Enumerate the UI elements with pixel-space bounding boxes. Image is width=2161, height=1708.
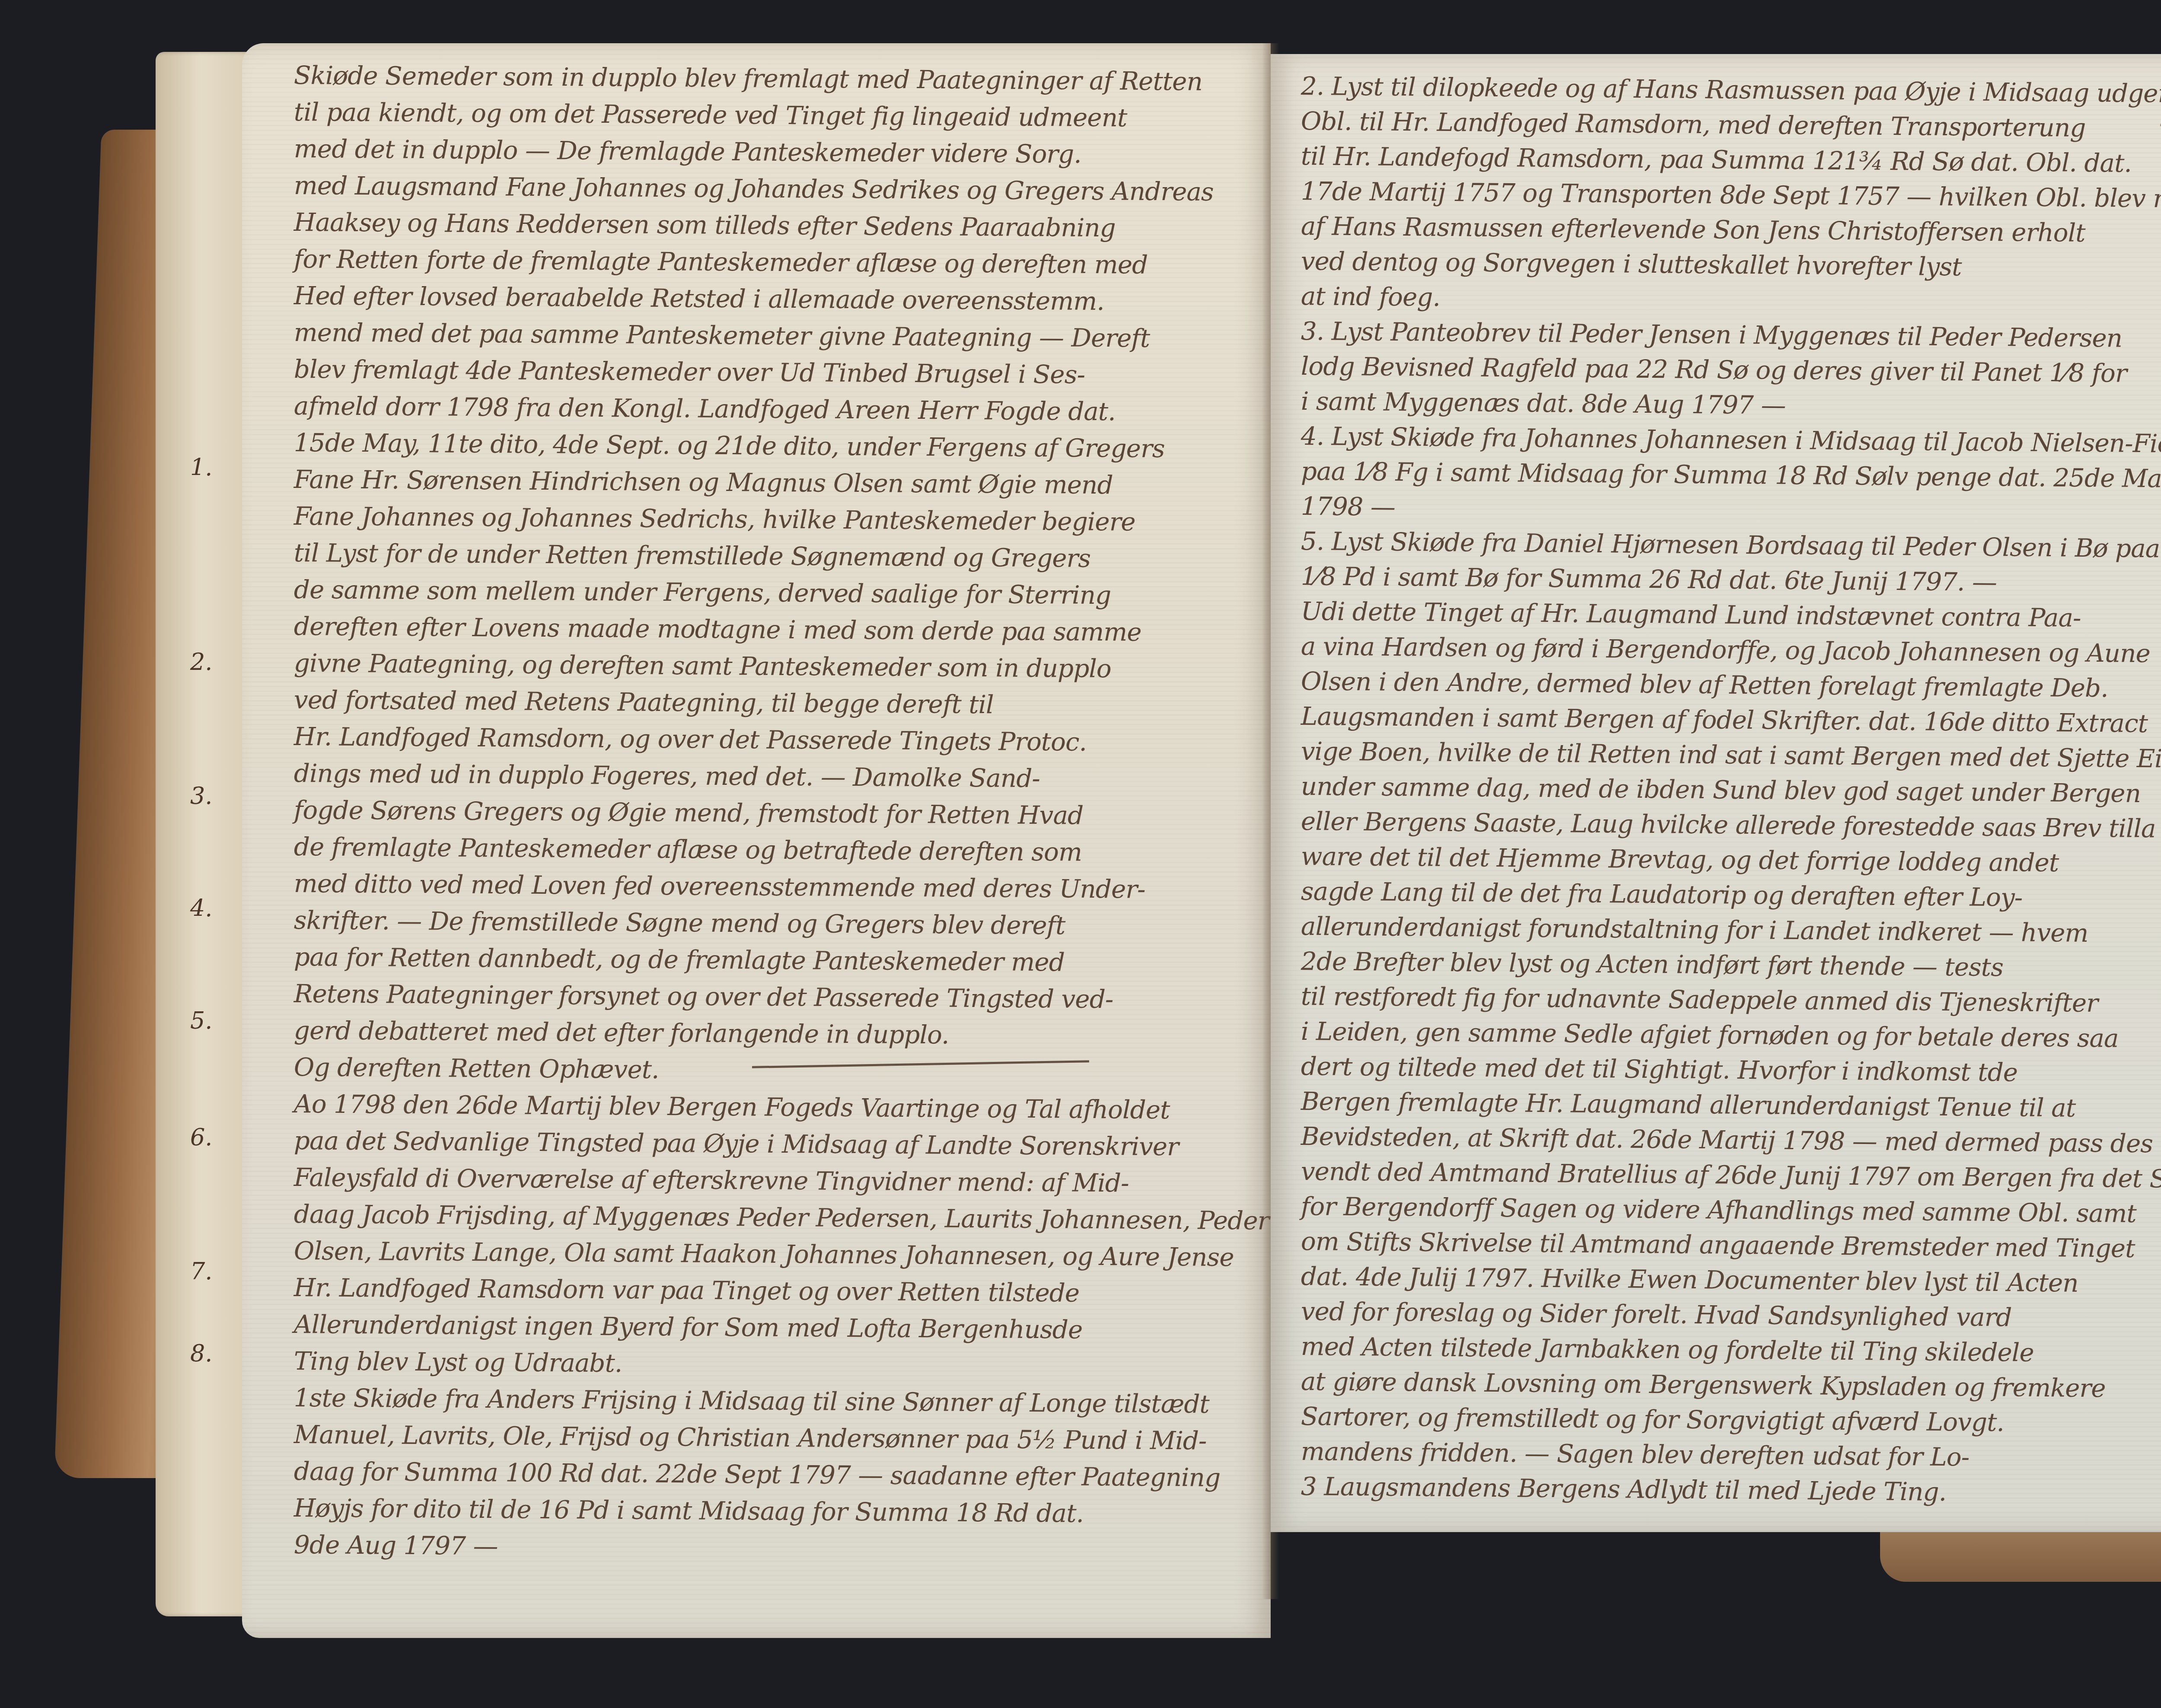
handwritten-line: 2. Lyst til dilopkeede og af Hans Rasmus… <box>1301 71 2161 108</box>
margin-number: 5. <box>190 1007 213 1034</box>
handwritten-line: blev fremlagt 4de Panteskemeder over Ud … <box>294 354 1236 390</box>
handwritten-line: at giøre dansk Lovsning om Bergenswerk K… <box>1301 1367 2161 1404</box>
margin-number: 1. <box>190 454 213 481</box>
handwritten-line: Hr. Landfoged Ramsdorn, og over det Pass… <box>294 722 1236 758</box>
handwritten-line: 4. Lyst Skiøde fra Johannes Johannesen i… <box>1301 421 2161 459</box>
handwritten-line: i samt Myggenæs dat. 8de Aug 1797 — <box>1301 386 2161 424</box>
handwritten-line: Laugsmanden i samt Bergen af fodel Skrif… <box>1301 701 2161 739</box>
left-page: Skiøde Semeder som in dupplo blev fremla… <box>242 43 1271 1638</box>
handwritten-line: ware det til det Hjemme Brevtag, og det … <box>1301 841 2161 879</box>
handwritten-line: Faleysfald di Overværelse af efterskrevn… <box>294 1163 1236 1198</box>
handwritten-line: a vina Hardsen og førd i Bergendorffe, o… <box>1301 631 2161 669</box>
handwritten-line: allerunderdanigst forundstaltning for i … <box>1301 911 2161 949</box>
handwritten-line: til restforedt fig for udnavnte Sadeppel… <box>1301 981 2161 1019</box>
margin-number: 4. <box>190 895 213 922</box>
handwritten-line: eller Bergens Saaste, Laug hvilcke aller… <box>1301 806 2161 844</box>
handwritten-line: Skiøde Semeder som in dupplo blev fremla… <box>294 61 1236 96</box>
handwritten-line: skrifter. — De fremstillede Søgne mend o… <box>294 905 1236 941</box>
handwritten-line: 1⁄8 Pd i samt Bø for Summa 26 Rd dat. 6t… <box>1301 561 2161 599</box>
handwritten-line: paa det Sedvanlige Tingsted paa Øyje i M… <box>294 1126 1236 1162</box>
handwritten-line: mandens fridden. — Sagen blev dereften u… <box>1301 1437 2161 1474</box>
handwritten-line: Olsen i den Andre, dermed blev af Retten… <box>1301 666 2161 704</box>
handwritten-line: 17de Martij 1757 og Transporten 8de Sept… <box>1301 176 2161 213</box>
handwritten-line: Udi dette Tinget af Hr. Laugmand Lund in… <box>1301 596 2161 634</box>
handwritten-line: Haaksey og Hans Reddersen som tilleds ef… <box>294 207 1236 243</box>
handwritten-line: under samme dag, med de ibden Sund blev … <box>1301 771 2161 809</box>
margin-number: 2. <box>190 648 213 676</box>
handwritten-line: vendt ded Amtmand Bratellius af 26de Jun… <box>1301 1157 2161 1194</box>
handwritten-line: dings med ud in dupplo Fogeres, med det.… <box>294 758 1236 794</box>
handwritten-line: vige Boen, hvilke de til Retten ind sat … <box>1301 736 2161 774</box>
handwritten-line: 3 Laugsmandens Bergens Adlydt til med Lj… <box>1301 1472 2161 1509</box>
margin-number: 3. <box>190 782 213 809</box>
handwritten-line: Hed efter lovsed beraabelde Retsted i al… <box>294 281 1236 317</box>
handwritten-line: med det in dupplo — De fremlagde Pantesk… <box>294 134 1236 170</box>
handwritten-line: Obl. til Hr. Landfoged Ramsdorn, med der… <box>1301 106 2161 143</box>
handwritten-line: dert og tiltede med det til Sightigt. Hv… <box>1301 1052 2161 1089</box>
handwritten-line: paa for Retten dannbedt, og de fremlagte… <box>294 942 1236 978</box>
handwritten-line: Fane Hr. Sørensen Hindrichsen og Magnus … <box>294 465 1236 500</box>
handwritten-line: de samme som mellem under Fergens, derve… <box>294 575 1236 611</box>
handwritten-line: ved dentog og Sorgvegen i slutteskallet … <box>1301 246 2161 284</box>
handwritten-line: af Hans Rasmussen efterlevende Son Jens … <box>1301 211 2161 249</box>
handwritten-line: paa 1⁄8 Fg i samt Midsaag for Summa 18 R… <box>1301 456 2161 494</box>
handwritten-line: ved fortsated med Retens Paategning, til… <box>294 685 1236 721</box>
handwritten-line: Og dereften Retten Ophævet. <box>294 1052 1236 1088</box>
handwritten-line: gerd debatteret med det efter forlangend… <box>294 1016 1236 1052</box>
handwritten-line: Ao 1798 den 26de Martij blev Bergen Foge… <box>294 1089 1236 1125</box>
handwritten-line: Fane Johannes og Johannes Sedrichs, hvil… <box>294 501 1236 537</box>
handwritten-line: med Laugsmand Fane Johannes og Johandes … <box>294 171 1236 207</box>
handwritten-line: Manuel, Lavrits, Ole, Frijsd og Christia… <box>294 1420 1236 1456</box>
handwritten-line: lodg Bevisned Ragfeld paa 22 Rd Sø og de… <box>1301 351 2161 389</box>
handwritten-line: 1798 — <box>1301 491 2161 529</box>
handwritten-line: til paa kiendt, og om det Passerede ved … <box>294 97 1236 133</box>
handwritten-line: til Hr. Landefogd Ramsdorn, paa Summa 12… <box>1301 141 2161 178</box>
handwritten-line: daag for Summa 100 Rd dat. 22de Sept 179… <box>294 1456 1236 1492</box>
handwritten-line: Olsen, Lavrits Lange, Ola samt Haakon Jo… <box>294 1236 1236 1272</box>
handwritten-line: for Retten forte de fremlagte Panteskeme… <box>294 244 1236 280</box>
handwritten-line: 15de May, 11te dito, 4de Sept. og 21de d… <box>294 428 1236 464</box>
handwritten-line: Bergen fremlagte Hr. Laugmand allerunder… <box>1301 1087 2161 1124</box>
margin-number: 8. <box>190 1340 213 1367</box>
handwritten-line: 2de Brefter blev lyst og Acten indført f… <box>1301 946 2161 984</box>
handwritten-line: de fremlagte Panteskemeder aflæse og bet… <box>294 832 1236 868</box>
handwritten-line: for Bergendorff Sagen og videre Afhandli… <box>1301 1192 2161 1229</box>
handwritten-line: givne Paategning, og dereften samt Pante… <box>294 648 1236 684</box>
handwritten-line: i Leiden, gen samme Sedle afgiet fornøde… <box>1301 1017 2161 1054</box>
handwritten-line: om Stifts Skrivelse til Amtmand angaaend… <box>1301 1227 2161 1264</box>
handwritten-line: fogde Sørens Gregers og Øgie mend, frems… <box>294 795 1236 831</box>
handwritten-line: Sartorer, og fremstilledt og for Sorgvig… <box>1301 1402 2161 1439</box>
handwritten-line: dereften efter Lovens maade modtagne i m… <box>294 612 1236 647</box>
handwritten-line: mend med det paa samme Panteskemeter giv… <box>294 318 1236 354</box>
handwritten-line: 9de Aug 1797 — <box>294 1530 1236 1566</box>
handwritten-line: ved for foreslag og Sider forelt. Hvad S… <box>1301 1297 2161 1334</box>
right-page: 184 2. Lyst til dilopkeede og af Hans Ra… <box>1271 54 2161 1532</box>
margin-number: 6. <box>190 1124 213 1151</box>
handwritten-line: sagde Lang til de det fra Laudatorip og … <box>1301 876 2161 914</box>
handwritten-line: Høyjs for dito til de 16 Pd i samt Midsa… <box>294 1493 1236 1529</box>
handwritten-line: at ind foeg. <box>1301 281 2161 319</box>
handwritten-line: Allerunderdanigst ingen Byerd for Som me… <box>294 1310 1236 1345</box>
handwritten-line: til Lyst for de under Retten fremstilled… <box>294 538 1236 574</box>
handwritten-line: afmeld dorr 1798 fra den Kongl. Landfoge… <box>294 391 1236 427</box>
handwritten-line: Ting blev Lyst og Udraabt. <box>294 1346 1236 1382</box>
handwritten-line: 3. Lyst Panteobrev til Peder Jensen i My… <box>1301 316 2161 354</box>
leather-binding-bottom <box>1880 1530 2161 1582</box>
handwritten-line: dat. 4de Julij 1797. Hvilke Ewen Documen… <box>1301 1262 2161 1299</box>
handwritten-line: med Acten tilstede Jarnbakken og fordelt… <box>1301 1332 2161 1369</box>
handwritten-line: Retens Paategninger forsynet og over det… <box>294 979 1236 1015</box>
handwritten-line: Hr. Landfoged Ramsdorn var paa Tinget og… <box>294 1273 1236 1309</box>
handwritten-line: med ditto ved med Loven fed overeensstem… <box>294 869 1236 905</box>
handwritten-line: Bevidsteden, at Skrift dat. 26de Martij … <box>1301 1122 2161 1159</box>
handwritten-line: daag Jacob Frijsding, af Myggenæs Peder … <box>294 1199 1236 1235</box>
margin-number: 7. <box>190 1258 213 1285</box>
handwritten-line: 5. Lyst Skiøde fra Daniel Hjørnesen Bord… <box>1301 526 2161 564</box>
handwritten-line: 1ste Skiøde fra Anders Frijsing i Midsaa… <box>294 1383 1236 1419</box>
